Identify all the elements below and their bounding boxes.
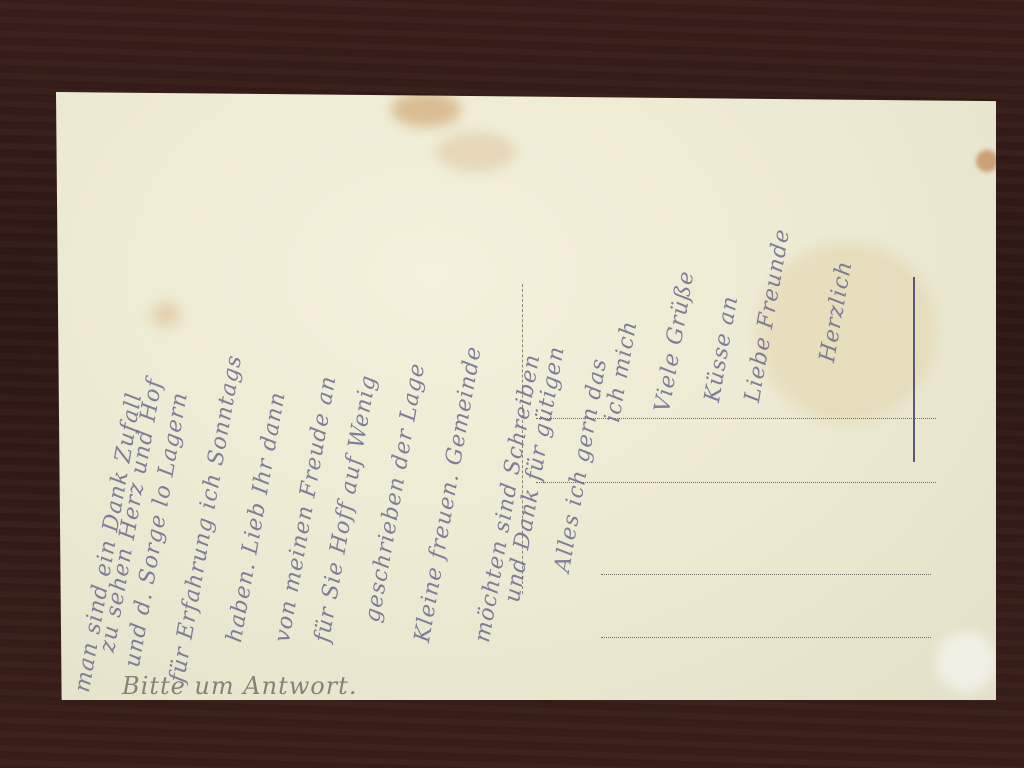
address-line [601,574,931,575]
address-line [601,637,931,638]
corner-wear [936,632,996,692]
water-stain [391,92,461,127]
footer-note: Bitte um Antwort. [122,672,357,700]
water-stain [436,132,516,172]
address-line [536,482,936,483]
water-stain [151,302,181,327]
signature-stroke [913,277,915,462]
water-stain [976,150,998,172]
